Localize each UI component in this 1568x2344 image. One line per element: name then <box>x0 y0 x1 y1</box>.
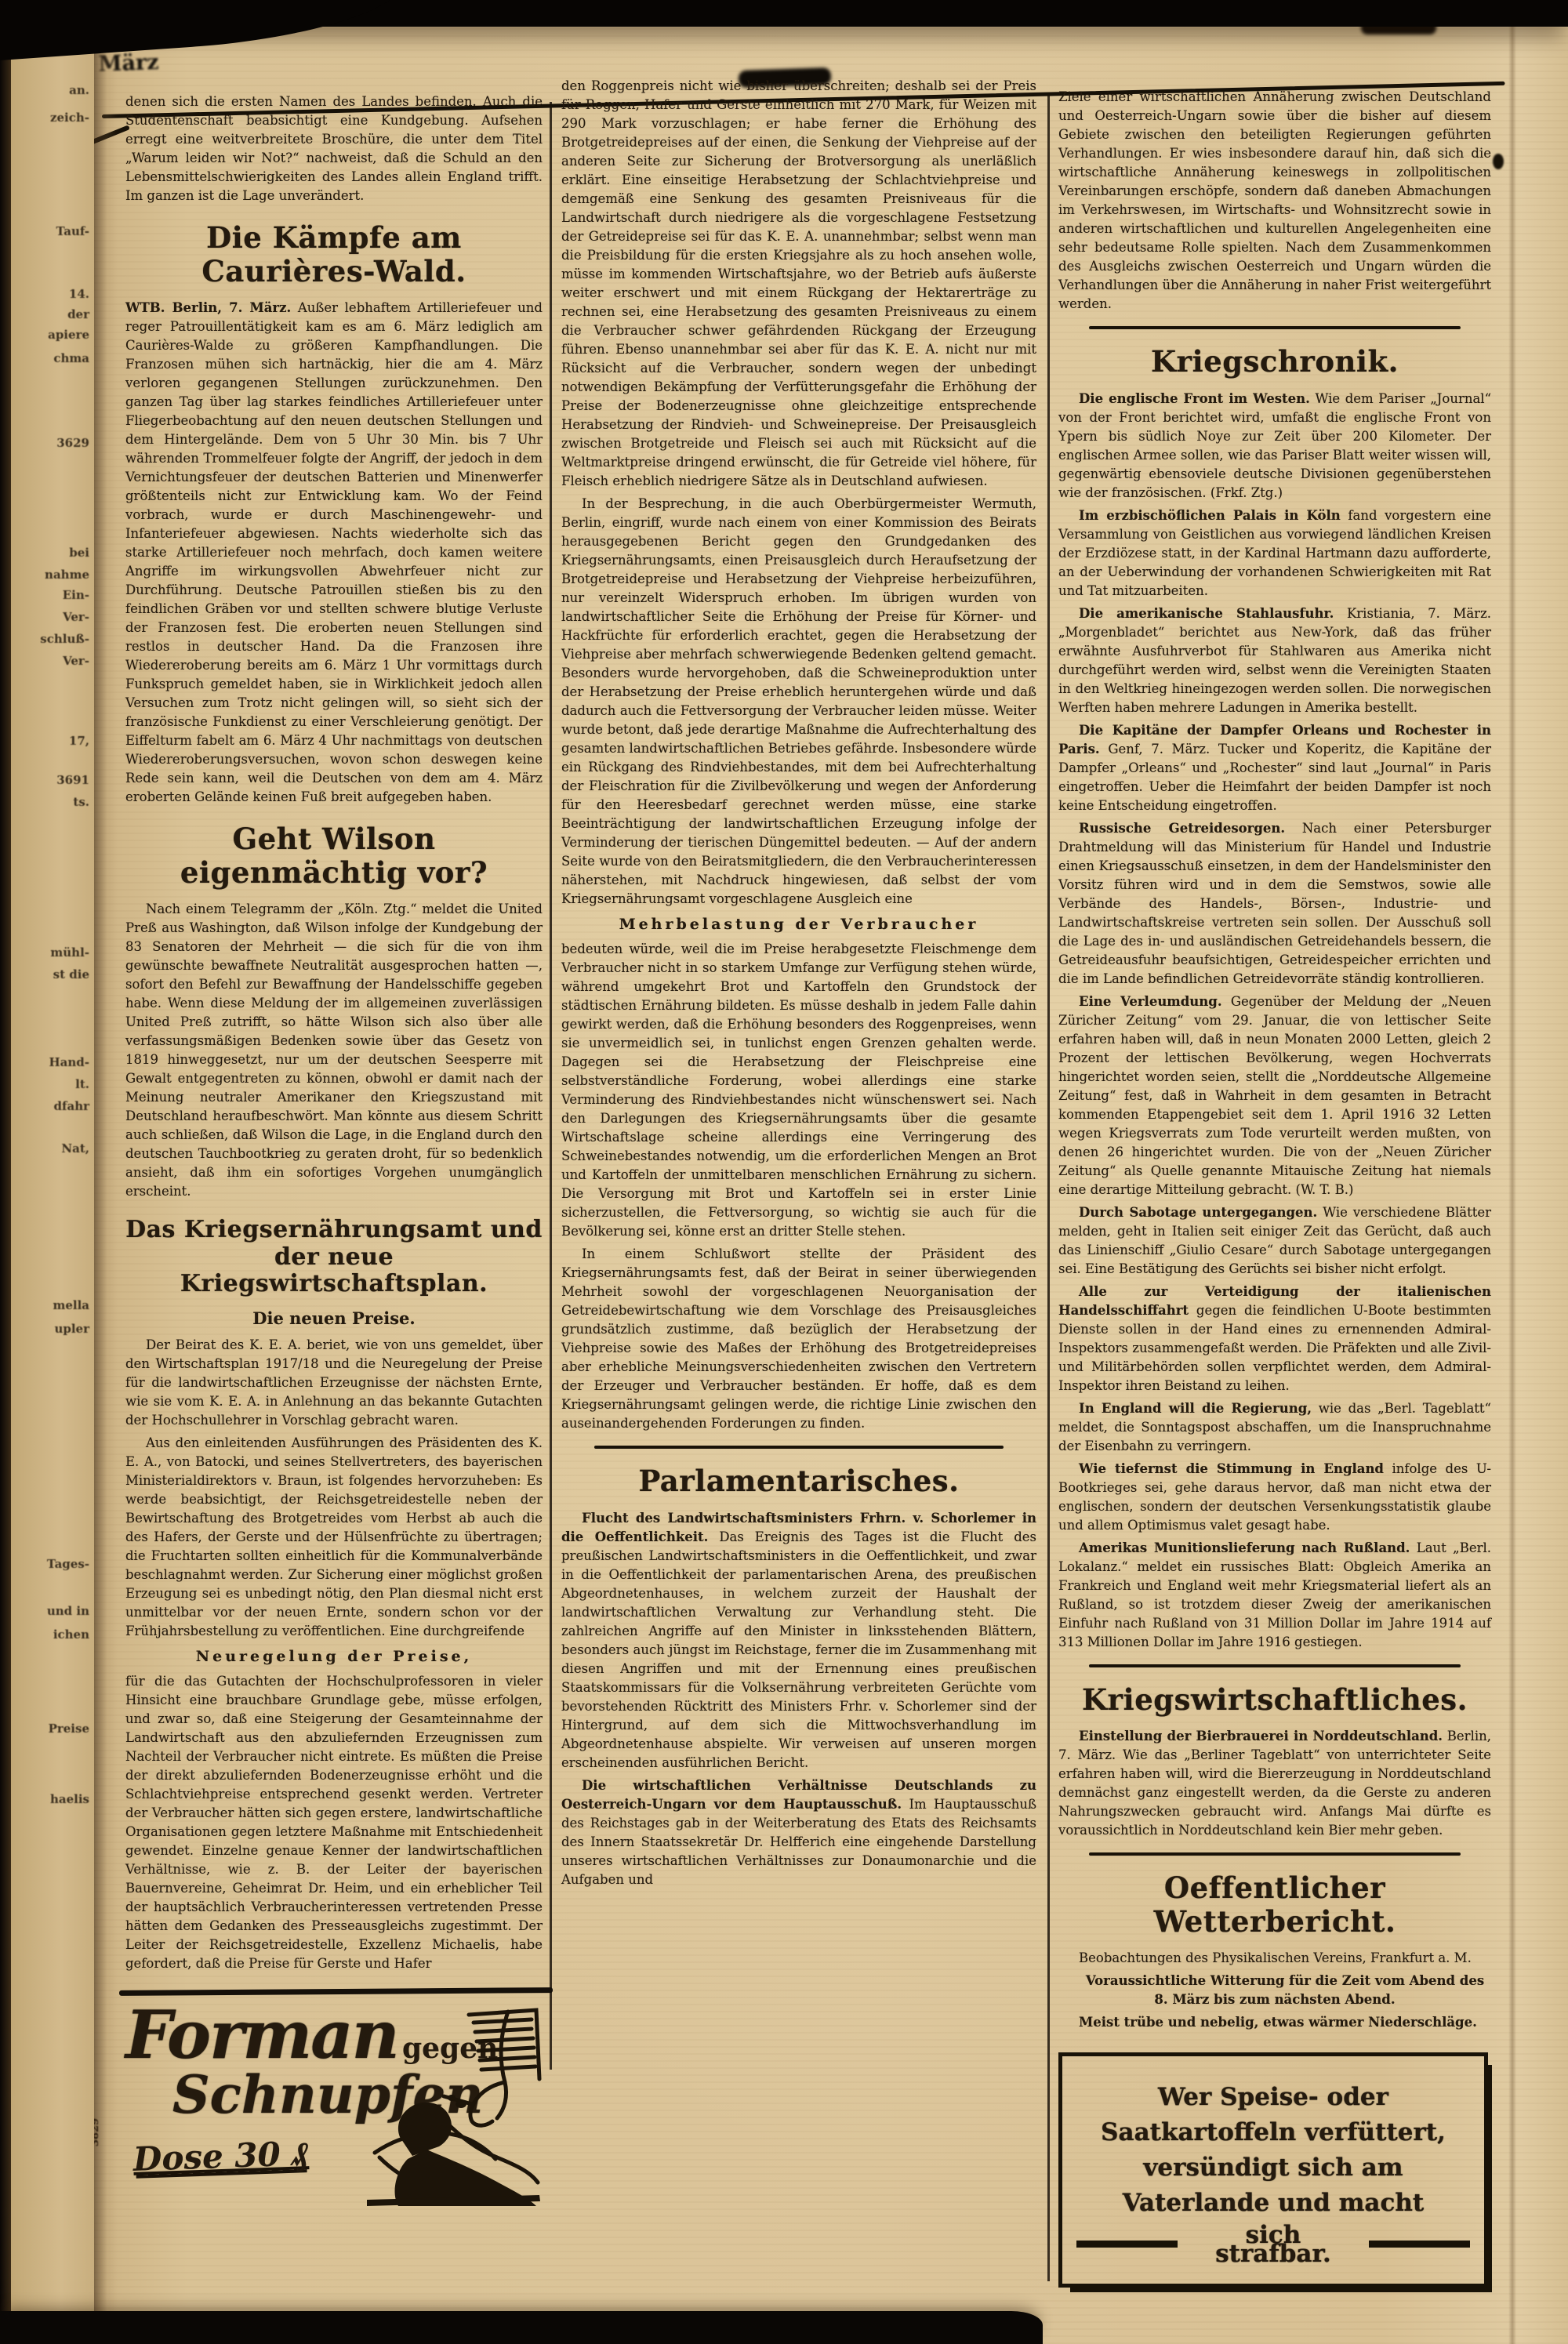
news-item: Alle zur Verteidigung der italienischen … <box>1058 1283 1491 1395</box>
edge-fragment: st die <box>53 967 89 982</box>
weather-period: Voraussichtliche Witterung für die Zeit … <box>1058 1972 1491 2009</box>
article-continuation: denen sich die ersten Namen des Landes b… <box>125 93 543 205</box>
weather-intro: Beobachtungen des Physikalischen Vereins… <box>1058 1949 1491 1968</box>
article-body: In einem Schlußwort stellte der Präsiden… <box>561 1245 1036 1433</box>
edge-fragment: der <box>67 307 89 321</box>
edge-fragment: 14. <box>69 287 89 301</box>
item-text: Laut „Berl. Lokalanz.“ meldet ein russis… <box>1058 1540 1491 1649</box>
decorative-bar <box>1369 2241 1470 2248</box>
weather-forecast: Meist trübe und nebelig, etwas wärmer Ni… <box>1058 2013 1491 2032</box>
item-text: Nach einer Petersburger Drahtmeldung wil… <box>1058 821 1491 986</box>
item-text: Kristiania, 7. März. „Morgenbladet“ beri… <box>1058 606 1491 715</box>
crosshead: Mehrbelastung der Verbraucher <box>561 915 1036 934</box>
headline-parlamentarisches: Parlamentarisches. <box>561 1464 1036 1498</box>
subheadline: Die neuen Preise. <box>125 1309 543 1328</box>
edge-fragment: lt. <box>75 1077 89 1091</box>
item-lead: Durch Sabotage untergegangen. <box>1079 1205 1317 1220</box>
section-rule <box>594 1446 1003 1449</box>
edge-fragment: und in <box>47 1604 89 1618</box>
photo-edge-bottom <box>0 2311 1043 2344</box>
edge-fragment: dfahr <box>54 1099 89 1113</box>
edge-fragment: Ver- <box>63 654 89 668</box>
news-item: In England will die Regierung, wie das „… <box>1058 1399 1491 1456</box>
section-rule <box>1089 1664 1461 1667</box>
item-lead: Die englische Front im Westen. <box>1079 391 1310 406</box>
headline-wilson: Geht Wilson eigenmächtig vor? <box>125 822 543 889</box>
headline-wetterbericht: Oeffentlicher Wetterbericht. <box>1058 1871 1491 1938</box>
edge-fragment: apiere <box>48 328 89 342</box>
edge-fragment: zeich- <box>50 111 89 125</box>
edge-fragment: chma <box>53 351 89 365</box>
item-lead: Im erzbischöflichen Palais in Köln <box>1079 508 1341 523</box>
edge-fragment: haelis <box>50 1792 89 1806</box>
edge-fragment: nahme <box>45 568 89 582</box>
edge-fragment: ts. <box>73 795 89 809</box>
crosshead: Neuregelung der Preise, <box>125 1647 543 1666</box>
section-rule <box>1089 1852 1461 1856</box>
edge-fragment: mühl- <box>50 945 89 960</box>
decorative-bar <box>1076 2241 1178 2248</box>
news-item: Die amerikanische Stahlausfuhr. Kristian… <box>1058 604 1491 717</box>
page-fold-crease <box>94 28 118 2317</box>
article-body: WTB. Berlin, 7. März. Außer lebhaftem Ar… <box>125 299 543 807</box>
edge-fragment: schluß- <box>40 632 89 646</box>
dateline: WTB. Berlin, 7. März. <box>125 300 291 315</box>
article-body: bedeuten würde, weil die im Preise herab… <box>561 940 1036 1241</box>
column-2: den Roggenpreis nicht wie bisher übersch… <box>561 77 1036 1893</box>
news-item: Amerikas Munitionslieferung nach Rußland… <box>1058 1539 1491 1652</box>
item-lead: Die amerikanische Stahlausfuhr. <box>1079 606 1334 621</box>
edge-fragment: an. <box>69 83 89 97</box>
item-text: Das Ereignis des Tages ist die Flucht de… <box>561 1529 1036 1770</box>
news-item: Durch Sabotage untergegangen. Wie versch… <box>1058 1203 1491 1279</box>
news-item: Im erzbischöflichen Palais in Köln fand … <box>1058 506 1491 601</box>
news-item: Russische Getreidesorgen. Nach einer Pet… <box>1058 819 1491 989</box>
headline-kriegschronik: Kriegschronik. <box>1058 345 1491 379</box>
edge-fragment: 17, <box>69 734 89 748</box>
item-lead: Einstellung der Bierbrauerei in Norddeut… <box>1079 1729 1443 1743</box>
ad-price: Dose 30 ₰ <box>133 2144 309 2175</box>
section-rule <box>1089 326 1461 329</box>
ink-speck-icon <box>1493 154 1504 169</box>
right-fold-line <box>1508 24 1516 2344</box>
notice-line: Wer Speise- oder Saatkartoffeln verfütte… <box>1076 2080 1470 2150</box>
headline-kriegswirtschaftliches: Kriegswirtschaftliches. <box>1058 1683 1491 1717</box>
edge-fragment: Ein- <box>63 588 89 602</box>
edge-fragment: 3629 <box>56 436 89 450</box>
snuff-taker-illustration <box>351 2004 547 2209</box>
edge-fragment: bei <box>69 546 89 560</box>
article-text: Außer lebhaftem Artilleriefeuer und rege… <box>125 300 543 804</box>
column-divider <box>550 102 552 2070</box>
edge-fragment: Tages- <box>47 1557 89 1571</box>
section-rule <box>119 1987 553 1996</box>
article-body: Der Beirat des K. E. A. beriet, wie von … <box>125 1336 543 1430</box>
column-3: Ziele einer wirtschaftlichen Annäherung … <box>1058 88 1491 2288</box>
item-text: Genf, 7. März. Tucker und Koperitz, die … <box>1058 742 1491 813</box>
torn-page-edge: an. zeich- Tauf- 14. der apiere chma 362… <box>11 28 94 2317</box>
article-continuation: den Roggenpreis nicht wie bisher übersch… <box>561 77 1036 491</box>
item-lead: In England will die Regierung, <box>1079 1401 1312 1416</box>
news-item: Die wirtschaftlichen Verhältnisse Deutsc… <box>561 1776 1036 1889</box>
headline-caurieres: Die Kämpfe am Caurières-Wald. <box>125 221 543 288</box>
edge-fragment: Preise <box>49 1722 89 1736</box>
snuff-ad: 3829 Forman gegen Schnupfen Dose 30 ₰ <box>125 2005 543 2226</box>
edge-fragment: ichen <box>53 1627 89 1642</box>
notice-line: sich strafbar. <box>1190 2226 1356 2263</box>
news-item: Flucht des Landwirtschaftsministers Frhr… <box>561 1509 1036 1773</box>
edge-fragment: mella <box>53 1298 89 1312</box>
article-body: In der Besprechung, in die auch Oberbürg… <box>561 495 1036 909</box>
newspaper-page: an. zeich- Tauf- 14. der apiere chma 362… <box>0 0 1568 2344</box>
item-lead: Wie tiefernst die Stimmung in England <box>1079 1461 1384 1476</box>
item-lead: Amerikas Munitionslieferung nach Rußland… <box>1079 1540 1410 1555</box>
news-item: Die englische Front im Westen. Wie dem P… <box>1058 390 1491 503</box>
item-text: Berlin, 7. März. Wie das „Berliner Tageb… <box>1058 1729 1491 1838</box>
item-lead: Eine Verleumdung. <box>1079 994 1222 1009</box>
book-spine-edge <box>0 0 11 2344</box>
article-body: Aus den einleitenden Ausführungen des Pr… <box>125 1434 543 1641</box>
article-body: Nach einem Telegramm der „Köln. Ztg.“ me… <box>125 900 543 1201</box>
news-item: Eine Verleumdung. Gegenüber der Meldung … <box>1058 992 1491 1199</box>
news-item: Wie tiefernst die Stimmung in England in… <box>1058 1460 1491 1535</box>
edge-fragment: Ver- <box>63 610 89 624</box>
article-continuation: Ziele einer wirtschaftlichen Annäherung … <box>1058 88 1491 314</box>
kartoffel-notice-box: Wer Speise- oder Saatkartoffeln verfütte… <box>1058 2052 1488 2288</box>
edge-fragment: upler <box>54 1322 89 1336</box>
edge-fragment: Hand- <box>49 1055 89 1069</box>
item-text: Wie dem Pariser „Journal“ von der Front … <box>1058 391 1491 500</box>
headline-kriegsernaehrungsamt: Das Kriegsernährungsamt und der neue Kri… <box>125 1217 543 1298</box>
column-divider <box>1047 94 1050 2281</box>
edge-fragment: 3691 <box>56 773 89 787</box>
notice-line: versündigt sich am Vaterlande und macht <box>1076 2150 1470 2221</box>
edge-fragment: Nat, <box>61 1141 89 1156</box>
news-item: Einstellung der Bierbrauerei in Norddeut… <box>1058 1727 1491 1840</box>
news-item: Die Kapitäne der Dampfer Orleans und Roc… <box>1058 721 1491 815</box>
photo-edge-top-left <box>0 0 411 62</box>
edge-fragment: Tauf- <box>56 224 90 238</box>
item-lead: Russische Getreidesorgen. <box>1079 821 1285 836</box>
item-text: Gegenüber der Meldung der „Neuen Züriche… <box>1058 994 1491 1197</box>
article-body: für die das Gutachten der Hochschulprofe… <box>125 1672 543 1973</box>
column-1: denen sich die ersten Namen des Landes b… <box>125 93 543 2226</box>
